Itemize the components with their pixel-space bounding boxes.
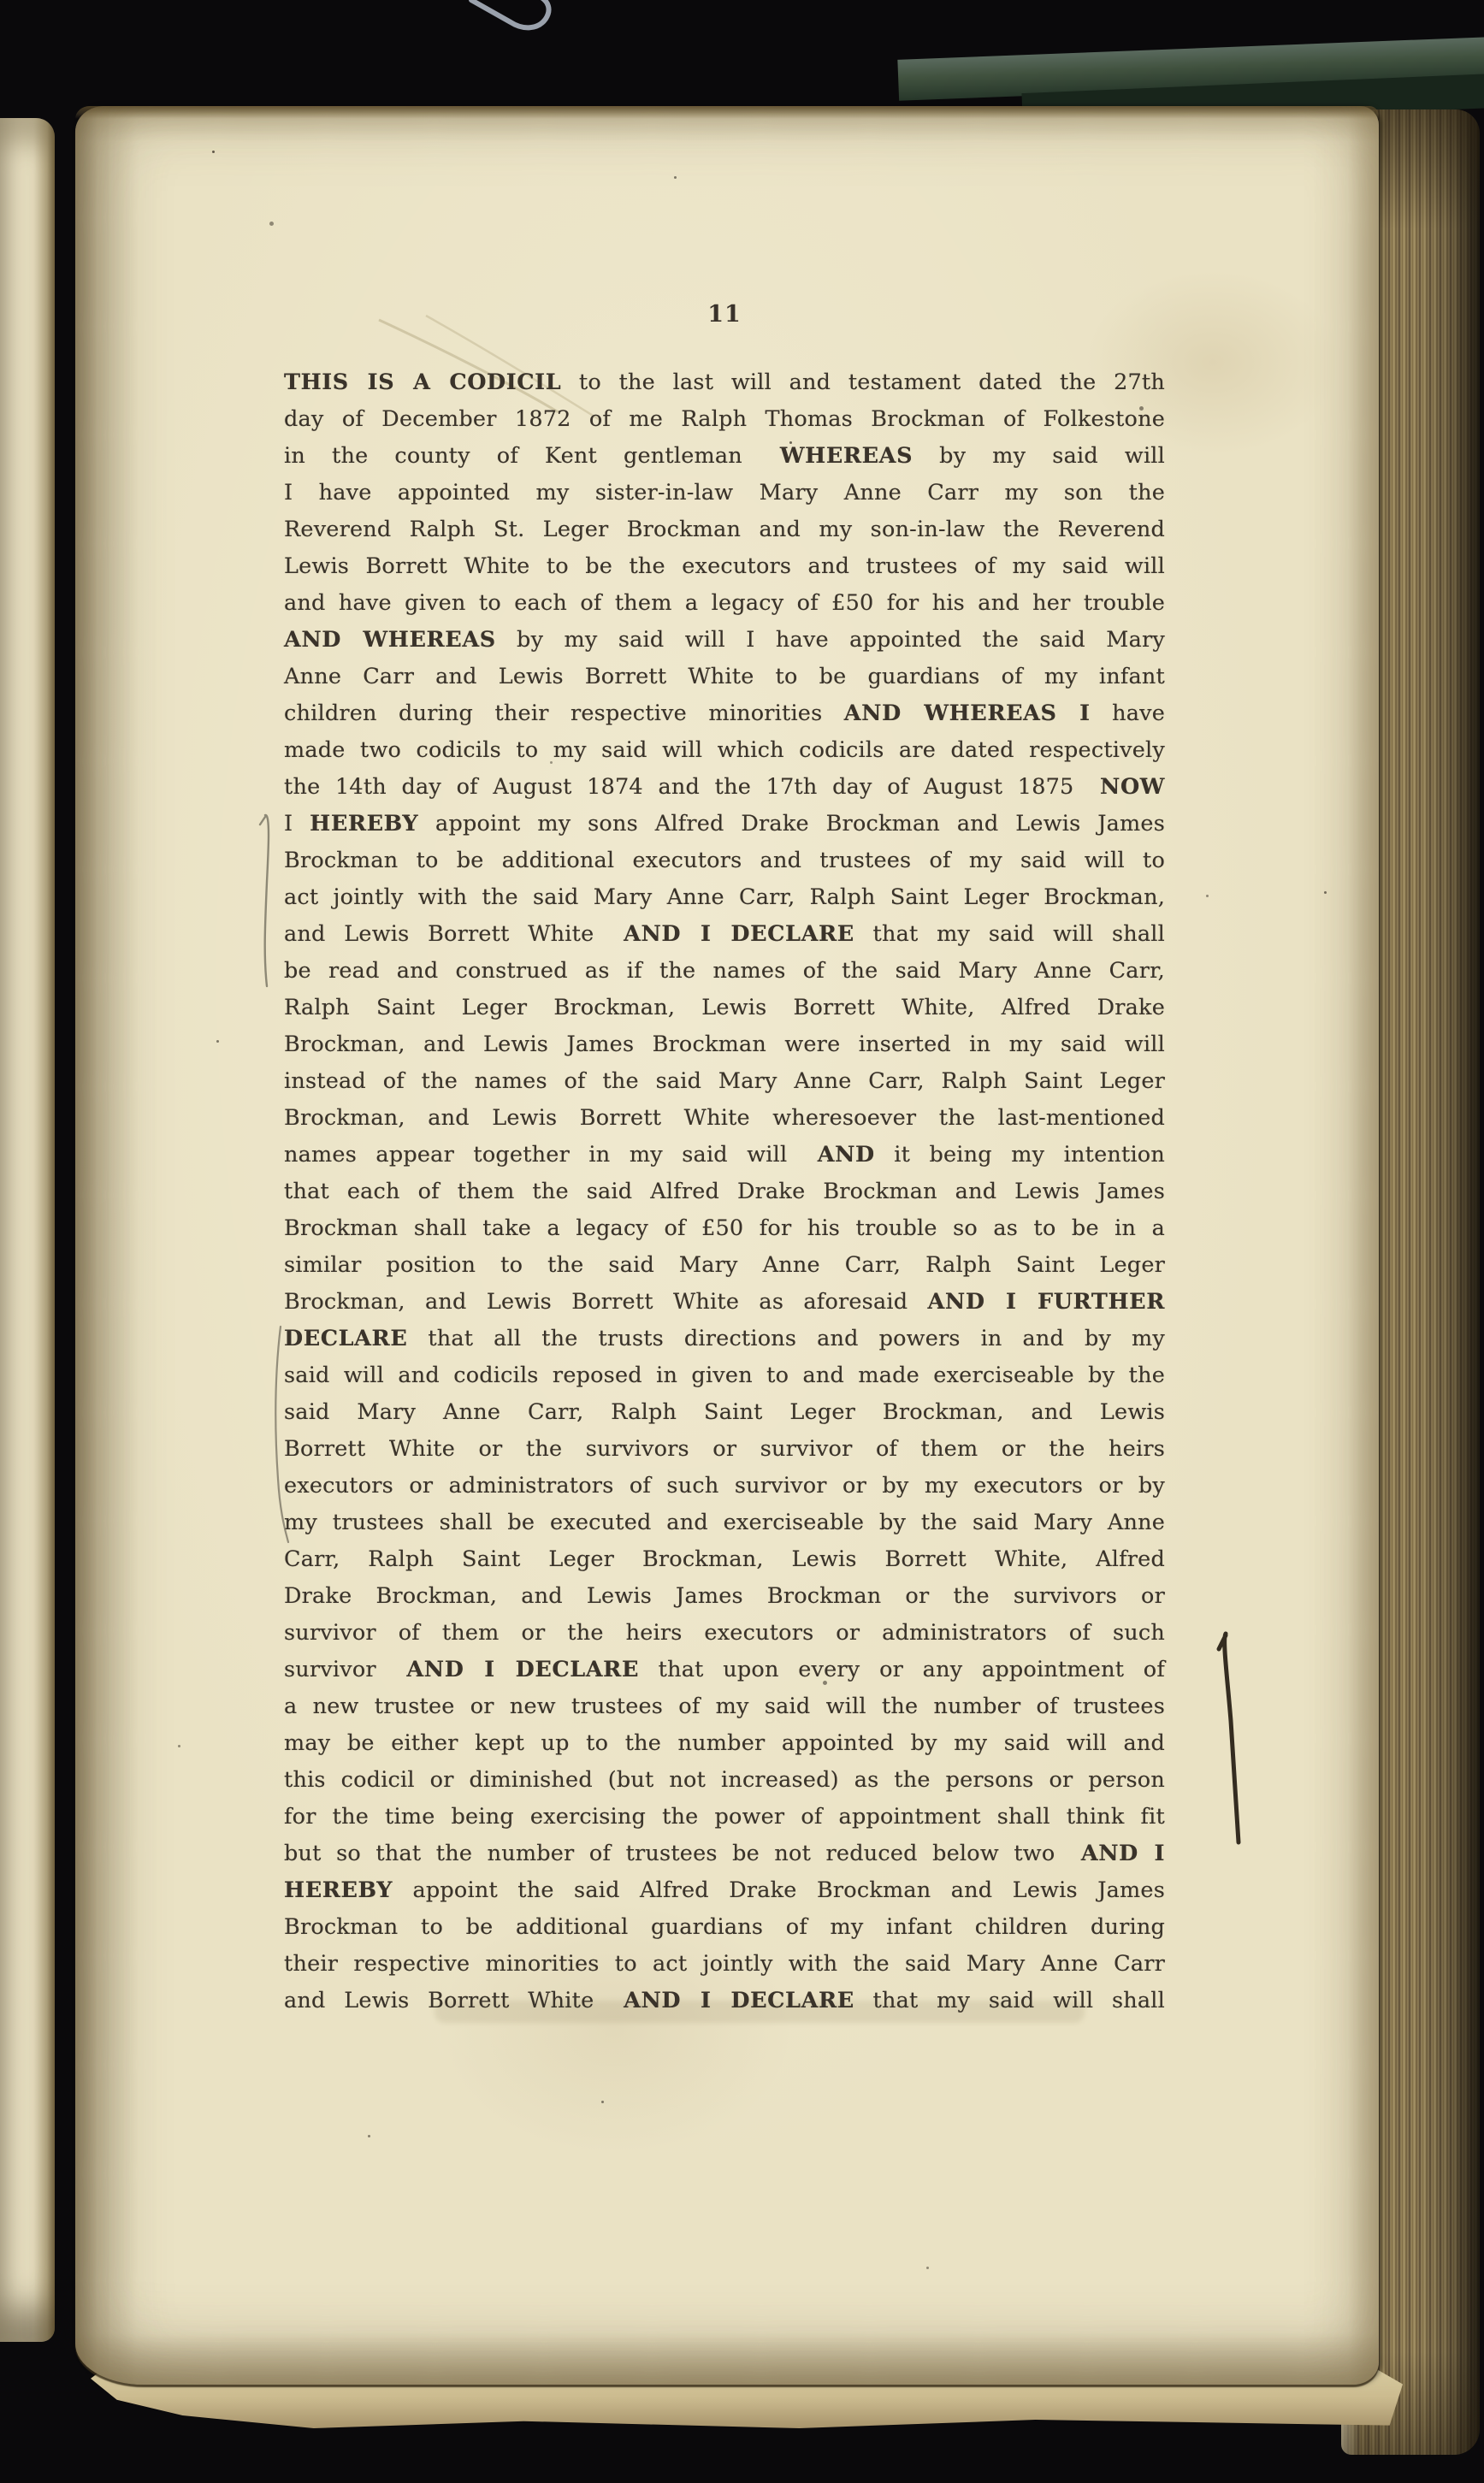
text-line: said will and codicils reposed in given … — [284, 1357, 1165, 1394]
text-line: act jointly with the said Mary Anne Carr… — [284, 879, 1165, 916]
text-line: similar position to the said Mary Anne C… — [284, 1247, 1165, 1284]
text-line: Anne Carr and Lewis Borrett White to be … — [284, 659, 1165, 695]
text-line: made two codicils to my said will which … — [284, 732, 1165, 769]
text-line: I have appointed my sister-in-law Mary A… — [284, 475, 1165, 511]
text-line: be read and construed as if the names of… — [284, 953, 1165, 990]
facing-page-edge — [0, 118, 55, 2342]
book-page: 11 THIS IS A CODICIL to the last will an… — [75, 106, 1379, 2385]
text-line: Borrett White or the survivors or surviv… — [284, 1431, 1165, 1468]
text-line: I HEREBY appoint my sons Alfred Drake Br… — [284, 806, 1165, 842]
text-line: HEREBY appoint the said Alfred Drake Bro… — [284, 1872, 1165, 1909]
page-top-edge — [75, 106, 1379, 119]
text-line: in the county of Kent gentleman WHEREAS … — [284, 438, 1165, 475]
text-line: instead of the names of the said Mary An… — [284, 1063, 1165, 1100]
text-line: day of December 1872 of me Ralph Thomas … — [284, 401, 1165, 438]
text-line: said Mary Anne Carr, Ralph Saint Leger B… — [284, 1394, 1165, 1431]
book-scan: 11 THIS IS A CODICIL to the last will an… — [0, 0, 1484, 2483]
text-line: their respective minorities to act joint… — [284, 1946, 1165, 1983]
text-line: Brockman to be additional executors and … — [284, 842, 1165, 879]
text-line: for the time being exercising the power … — [284, 1799, 1165, 1836]
text-line: DECLARE that all the trusts directions a… — [284, 1321, 1165, 1357]
text-line: and have given to each of them a legacy … — [284, 585, 1165, 622]
text-line: Reverend Ralph St. Leger Brockman and my… — [284, 511, 1165, 548]
text-line: that each of them the said Alfred Drake … — [284, 1174, 1165, 1210]
text-line: this codicil or diminished (but not incr… — [284, 1762, 1165, 1799]
text-line: Brockman to be additional guardians of m… — [284, 1909, 1165, 1946]
codicil-text: THIS IS A CODICIL to the last will and t… — [284, 364, 1165, 2019]
text-line: Brockman, and Lewis Borrett White as afo… — [284, 1284, 1165, 1321]
text-line: the 14th day of August 1874 and the 17th… — [284, 769, 1165, 806]
text-line: THIS IS A CODICIL to the last will and t… — [284, 364, 1165, 401]
text-line: Brockman, and Lewis James Brockman were … — [284, 1026, 1165, 1063]
text-line: my trustees shall be executed and exerci… — [284, 1505, 1165, 1541]
text-line: children during their respective minorit… — [284, 695, 1165, 732]
pencil-margin-mark-upper — [252, 808, 280, 996]
text-line: and Lewis Borrett White AND I DECLARE th… — [284, 1983, 1165, 2019]
text-line: names appear together in my said will AN… — [284, 1137, 1165, 1174]
text-line: but so that the number of trustees be no… — [284, 1836, 1165, 1872]
text-line: may be either kept up to the number appo… — [284, 1725, 1165, 1762]
page-number: 11 — [284, 301, 1165, 328]
text-line: Drake Brockman, and Lewis James Brockman… — [284, 1578, 1165, 1615]
text-line: executors or administrators of such surv… — [284, 1468, 1165, 1505]
paper-specks — [75, 106, 78, 109]
text-line: a new trustee or new trustees of my said… — [284, 1688, 1165, 1725]
text-line: survivor of them or the heirs executors … — [284, 1615, 1165, 1652]
text-line: Ralph Saint Leger Brockman, Lewis Borret… — [284, 990, 1165, 1026]
text-line: survivor AND I DECLARE that upon every o… — [284, 1652, 1165, 1688]
text-line: and Lewis Borrett White AND I DECLARE th… — [284, 916, 1165, 953]
text-line: AND WHEREAS by my said will I have appoi… — [284, 622, 1165, 659]
text-line: Carr, Ralph Saint Leger Brockman, Lewis … — [284, 1541, 1165, 1578]
text-line: Brockman, and Lewis Borrett White wheres… — [284, 1100, 1165, 1137]
metal-clip-icon — [466, 0, 586, 39]
text-line: Lewis Borrett White to be the executors … — [284, 548, 1165, 585]
text-line: Brockman shall take a legacy of £50 for … — [284, 1210, 1165, 1247]
ink-margin-mark — [1210, 1625, 1255, 1854]
